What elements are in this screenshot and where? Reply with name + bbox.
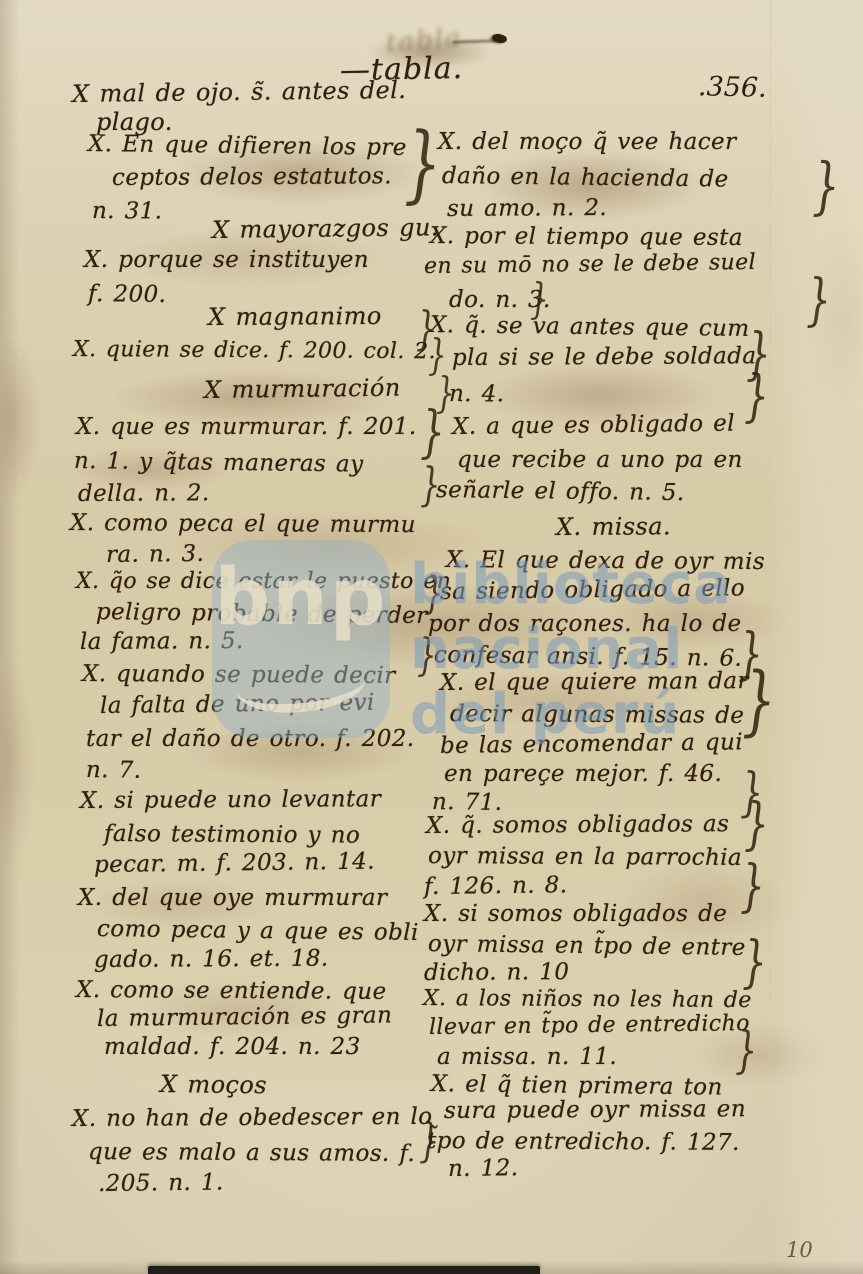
scribal-brace: }	[424, 574, 444, 614]
manuscript-line: X. como peca el que murmu	[70, 510, 416, 538]
manuscript-line: X. q̃o se dice estar le puesto en	[76, 569, 451, 594]
manuscript-line: X. del que oye murmurar	[78, 885, 387, 911]
manuscript-line: X. si somos obligados de	[424, 901, 727, 927]
manuscript-line: X mal de ojo. s̃. antes del.	[72, 76, 407, 108]
manuscript-line: en su mō no se le debe suel	[424, 250, 756, 279]
manuscript-line: n. 31.	[92, 198, 163, 224]
scribal-brace: }	[404, 126, 441, 202]
scribal-brace: }	[744, 372, 769, 422]
manuscript-line: X. por el tiempo que esta	[430, 223, 743, 251]
manuscript-line: X. como se entiende. que	[76, 977, 387, 1005]
manuscript-line: X. a que es obligado el	[452, 411, 735, 440]
manuscript-line: sura puede oyr missa en	[444, 1096, 746, 1124]
manuscript-line: X. quando se puede decir	[82, 661, 396, 689]
manuscript-line: X moços	[160, 1070, 267, 1099]
scribal-brace: }	[740, 862, 765, 912]
page-bottom-edge	[148, 1266, 540, 1274]
manuscript-line: n. 7.	[86, 757, 142, 784]
manuscript-line: que recibe a uno pa en	[457, 447, 743, 473]
scribal-brace: }	[806, 276, 831, 326]
manuscript-line: daño en la hacienda de	[442, 163, 729, 192]
manuscript-line: la fama. n. 5.	[80, 628, 244, 655]
scribal-brace: }	[419, 1120, 439, 1161]
page-left-edge-shadow	[0, 0, 20, 1274]
manuscript-line: X. a los niños no les han de	[423, 986, 752, 1013]
manuscript-line: X. q̃. somos obligados as	[426, 811, 729, 839]
manuscript-line: X. no han de obedescer en lo	[72, 1104, 433, 1132]
manuscript-line: f. 126. n. 8.	[424, 872, 568, 900]
manuscript-line: X magnanimo	[208, 302, 382, 331]
scribal-brace: }	[417, 636, 437, 676]
manuscript-line: peligro probable de perder	[96, 599, 428, 629]
manuscript-line: dicho. n. 10	[424, 959, 569, 986]
manuscript-line: X. si puede uno levantar	[80, 786, 381, 814]
manuscript-line: falso testimonio y no	[104, 821, 360, 849]
scribal-brace: }	[420, 464, 440, 505]
manuscript-line: della. n. 2.	[78, 480, 210, 507]
manuscript-line: f. 200.	[88, 281, 167, 308]
manuscript-line: maldad. f. 204. n. 23	[104, 1034, 361, 1060]
pencil-page-number: 10	[786, 1238, 813, 1262]
folio-number: .356.	[698, 71, 767, 104]
manuscript-line: X. q̃. se va antes que cum	[430, 312, 750, 342]
manuscript-line: X. porque se instituyen	[84, 247, 369, 273]
manuscript-line: X. que es murmurar. f. 201.	[76, 414, 417, 440]
manuscript-line: tar el daño de otro. f. 202.	[86, 726, 414, 752]
manuscript-line: pecar. m. f. 203. n. 14.	[94, 849, 375, 878]
manuscript-line: ra. n. 3.	[106, 541, 205, 568]
manuscript-line: señarle el offo. n. 5.	[436, 477, 685, 506]
manuscript-line: n. 12.	[448, 1155, 519, 1182]
manuscript-line: ceptos delos estatutos.	[112, 163, 392, 191]
manuscript-page: tabla —tabla. .356. X mal de ojo. s̃. an…	[0, 0, 863, 1274]
manuscript-line: como peca y a que es obli	[97, 916, 419, 946]
manuscript-line: que es malo a sus amos. f.	[88, 1139, 415, 1167]
scribal-brace: }	[812, 158, 840, 214]
manuscript-line: sa siendo obligado a ello	[440, 575, 745, 605]
scribal-brace: }	[742, 938, 767, 988]
scribal-brace: }	[735, 1028, 757, 1073]
manuscript-line: por dos raçones. ha lo de	[428, 611, 742, 637]
manuscript-line: oyr missa en t̃po de entre	[428, 931, 746, 961]
manuscript-line: la murmuración es gran	[97, 1002, 393, 1032]
manuscript-line: X. del moço q̃ vee hacer	[438, 129, 736, 155]
ink-blot	[491, 33, 507, 44]
ink-smudge	[452, 39, 496, 44]
manuscript-line: la falta de uno por evi	[100, 690, 375, 719]
manuscript-line: X. En que difieren los pre	[88, 131, 407, 161]
manuscript-line: X. El que dexa de oyr mis	[446, 547, 765, 575]
manuscript-line: X. el que quiere man dar	[440, 668, 749, 696]
scribal-brace: }	[744, 800, 769, 850]
manuscript-line: X mayorazgos gu.	[212, 213, 439, 244]
manuscript-line: X murmuración	[204, 374, 401, 404]
scribal-brace: }	[530, 280, 549, 318]
manuscript-line: n. 4.	[449, 381, 505, 407]
manuscript-line: decir algunas missas de	[450, 701, 744, 729]
manuscript-line: llevar en t̃po de entredicho	[429, 1011, 750, 1040]
manuscript-line: confesar ansi. f. 15. n. 6.	[434, 642, 742, 672]
manuscript-line: pla si se le debe soldada	[452, 343, 757, 371]
manuscript-line: oyr missa en la parrochia	[428, 843, 742, 871]
manuscript-line: t̃po de entredicho. f. 127.	[427, 1128, 740, 1156]
manuscript-line: be las encomendar a qui	[440, 729, 743, 759]
manuscript-line: X. missa.	[556, 512, 671, 541]
manuscript-line: en pareçe mejor. f. 46.	[444, 761, 722, 787]
scribal-brace: }	[742, 666, 776, 734]
manuscript-line: .205. n. 1.	[98, 1169, 224, 1197]
manuscript-line: n. 1. y q̃tas maneras ay	[74, 448, 364, 478]
manuscript-line: a missa. n. 11.	[437, 1044, 617, 1070]
scribal-brace: }	[420, 408, 445, 458]
manuscript-line: X. quien se dice. f. 200. col. 2.	[73, 337, 436, 364]
manuscript-line: su amo. n. 2.	[447, 195, 607, 222]
manuscript-line: gado. n. 16. et. 18.	[94, 946, 329, 973]
